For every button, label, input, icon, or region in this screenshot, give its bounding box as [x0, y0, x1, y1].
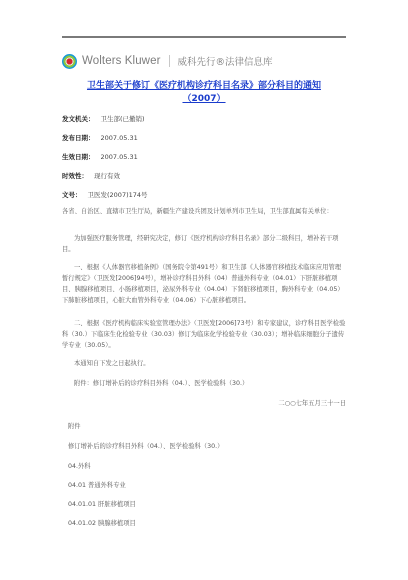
appendix-title: 修订增补后的诊疗科目外科（04.）、医学检验科（30.）	[68, 441, 223, 450]
appendix-heading: 附件	[68, 421, 81, 430]
brand-product: 威科先行®法律信息库	[178, 54, 273, 68]
appendix-item: 04.01 普通外科专业	[68, 480, 126, 489]
document-title-link[interactable]: 卫生部关于修订《医疗机构诊疗科目名录》部分科目的通知 （2007）	[62, 80, 346, 106]
intro-paragraph: 为加强医疗服务管理，经研究决定，修订《医疗机构诊疗科目名录》部分二级科目，增补若…	[62, 233, 346, 255]
meta-key: 发文机关：	[62, 115, 95, 123]
brand-separator	[169, 55, 170, 67]
item-2-paragraph: 二、根据《医疗机构临床实验室管理办法》（卫医发[2006]73号）和专家建议，诊…	[62, 318, 346, 351]
meta-key: 时效性：	[62, 172, 88, 180]
meta-value: 卫医发(2007)174号	[88, 191, 148, 199]
top-divider	[62, 36, 346, 38]
appendix-item: 04.外科	[68, 461, 91, 470]
meta-issuer: 发文机关：卫生部(已撤销)	[62, 114, 145, 123]
attachment-note: 附件：修订增补后的诊疗科目外科（04.）、医学检验科（30.）	[62, 378, 346, 389]
addressee-paragraph: 各省、自治区、直辖市卫生厅局，新疆生产建设兵团及计划单列市卫生局，卫生部直属有关…	[62, 206, 346, 217]
meta-value: 现行有效	[94, 172, 120, 180]
meta-key: 发布日期：	[62, 134, 95, 142]
title-line-1[interactable]: 卫生部关于修订《医疗机构诊疗科目名录》部分科目的通知	[62, 80, 346, 93]
meta-value: 2007.05.31	[101, 153, 138, 161]
meta-doc-number: 文号：卫医发(2007)174号	[62, 190, 148, 199]
brand-header: Wolters Kluwer 威科先行®法律信息库	[62, 51, 273, 71]
meta-validity: 时效性：现行有效	[62, 171, 120, 180]
title-line-2[interactable]: （2007）	[62, 93, 346, 106]
appendix-item: 04.01.02 胰腺移植项目	[68, 518, 136, 527]
signing-date: 二○○七年五月三十一日	[62, 398, 346, 409]
meta-key: 文号：	[62, 191, 82, 199]
meta-key: 生效日期：	[62, 153, 95, 161]
meta-value: 2007.05.31	[101, 134, 138, 142]
appendix-item: 04.01.01 肝脏移植项目	[68, 499, 136, 508]
meta-publish-date: 发布日期：2007.05.31	[62, 133, 138, 142]
item-1-paragraph: 一、根据《人体器官移植条例》（国务院令第491号）和卫生部《人体器官移植技术临床…	[62, 262, 346, 306]
wolters-kluwer-logo-icon	[62, 54, 77, 69]
effective-paragraph: 本通知自下发之日起执行。	[62, 358, 346, 369]
meta-effective-date: 生效日期：2007.05.31	[62, 152, 138, 161]
meta-value: 卫生部(已撤销)	[101, 115, 145, 123]
brand-name: Wolters Kluwer	[82, 55, 161, 67]
